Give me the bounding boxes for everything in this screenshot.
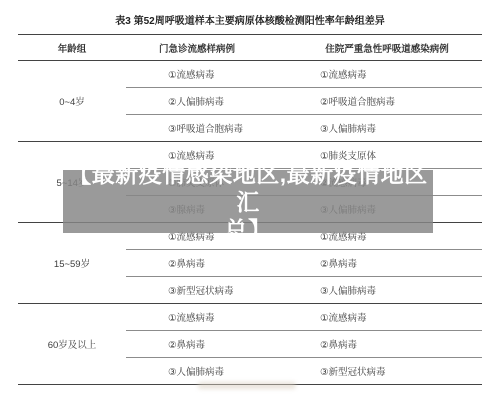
pathogen-cell: ②鼻病毒 [304,337,482,351]
table-row-age-60-plus: 60岁及以上 ①流感病毒 ①流感病毒 ②鼻病毒 ②鼻病毒 ③人偏肺病毒 ③新型冠… [18,304,482,385]
pathogen-cell: ②鼻病毒 [126,256,304,270]
rank-line: ③人偏肺病毒 ③新型冠状病毒 [126,357,482,384]
pathogen-cell: ①流感病毒 [304,67,482,81]
pathogen-cell: ③新型冠状病毒 [126,283,304,297]
pathogen-cell: ①流感病毒 [126,310,304,324]
rank-line: ②人偏肺病毒 ②呼吸道合胞病毒 [126,87,482,114]
rank-line: ①流感病毒 ①流感病毒 [126,61,482,87]
watermark-smudge [198,382,296,389]
table-row-age-0-4: 0~4岁 ①流感病毒 ①流感病毒 ②人偏肺病毒 ②呼吸道合胞病毒 ③呼吸道合胞病… [18,61,482,142]
pathogen-cell: ③人偏肺病毒 [304,283,482,297]
pathogen-cell: ①流感病毒 [304,310,482,324]
age-group-label: 60岁及以上 [18,304,126,384]
rank-line: ①流感病毒 ①流感病毒 [126,304,482,330]
header-age-group: 年龄组 [18,41,126,55]
pathogen-cell: ③人偏肺病毒 [304,121,482,135]
pathogen-cell: ②鼻病毒 [304,256,482,270]
page: 表3 第52周呼吸道样本主要病原体核酸检测阳性率年龄组差异 年龄组 门急诊流感样… [0,0,500,402]
table-header-row: 年龄组 门急诊流感样病例 住院严重急性呼吸道感染病例 [18,34,482,61]
table-title: 表3 第52周呼吸道样本主要病原体核酸检测阳性率年龄组差异 [0,12,500,27]
header-outpatient: 门急诊流感样病例 [126,41,304,55]
pathogen-cell: ②鼻病毒 [126,337,304,351]
rank-line: ②鼻病毒 ②鼻病毒 [126,330,482,357]
pathogen-cell: ③人偏肺病毒 [126,364,304,378]
header-inpatient: 住院严重急性呼吸道感染病例 [304,41,482,55]
pathogen-cell: ②人偏肺病毒 [126,94,304,108]
pathogen-cell: ③呼吸道合胞病毒 [126,121,304,135]
watermark-text-line-2: 总】 [225,216,272,244]
age-group-label: 0~4岁 [18,61,126,141]
pathogen-cell: ②呼吸道合胞病毒 [304,94,482,108]
pathogen-cell: ③新型冠状病毒 [304,364,482,378]
rank-line: ③呼吸道合胞病毒 ③人偏肺病毒 [126,114,482,141]
watermark-overlay: 【最新疫情感染地区,最新疫情地区汇 总】 [63,170,433,233]
pathogen-cell: ①流感病毒 [126,67,304,81]
rank-line: ③新型冠状病毒 ③人偏肺病毒 [126,276,482,303]
watermark-text-line-1: 【最新疫情感染地区,最新疫情地区汇 [63,160,433,216]
age-group-label: 15~59岁 [18,223,126,303]
rank-line: ②鼻病毒 ②鼻病毒 [126,249,482,276]
